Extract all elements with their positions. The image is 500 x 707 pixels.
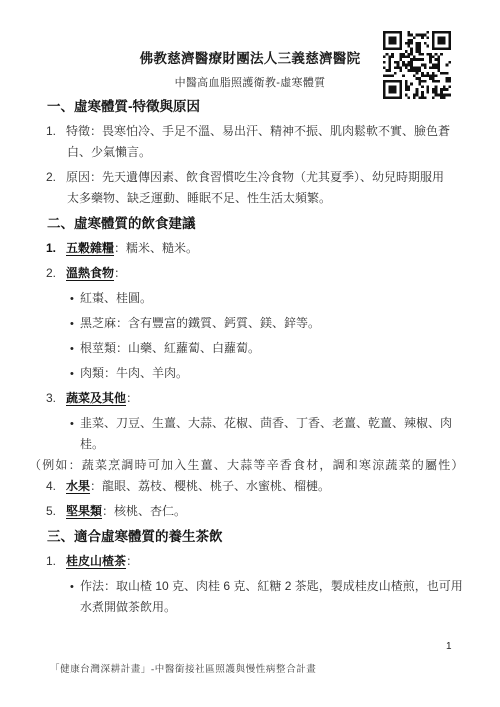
section-heading-text: 二、虛寒體質的飲食建議 <box>47 216 196 231</box>
bullet-icon: • <box>70 339 80 360</box>
doc-line-text: ： <box>114 266 126 280</box>
doc-line-cont: 白、少氣懶言。 <box>0 142 500 163</box>
page-number: 1 <box>446 641 452 652</box>
doc-line-num: 1.桂皮山楂茶： <box>0 551 500 572</box>
doc-line-bullet: •韭菜、刀豆、生薑、大蒜、花椒、茴香、丁香、老薑、乾薑、辣椒、肉 <box>0 413 500 434</box>
section-heading-text: 一、虛寒體質-特徵與原因 <box>47 99 200 114</box>
doc-line-bullet: •黑芝麻：含有豐富的鐵質、鈣質、鎂、鋅等。 <box>0 313 500 334</box>
doc-line-text: 水煮開做茶飲用。 <box>80 600 176 614</box>
list-item-label: 溫熱食物 <box>66 266 114 280</box>
doc-line-text: ：糯米、糙米。 <box>114 241 198 255</box>
doc-line-num: 1.特徵：畏寒怕冷、手足不溫、易出汗、精神不振、肌肉鬆軟不實、臉色蒼 <box>0 121 500 142</box>
bullet-icon: • <box>70 577 80 598</box>
doc-line-text: （例如：蔬菜烹調時可加入生薑、大蒜等辛香食材，調和寒涼蔬菜的屬性） <box>29 458 465 472</box>
qr-code-svg <box>383 31 451 99</box>
list-item-label: 桂皮山楂茶 <box>66 554 126 568</box>
doc-line-heading: 一、虛寒體質-特徵與原因 <box>0 96 500 117</box>
doc-line-bullet-cont: 水煮開做茶飲用。 <box>0 597 500 618</box>
doc-line-text: 白、少氣懶言。 <box>67 145 151 159</box>
list-number: 4. <box>46 476 66 497</box>
doc-line-text: 特徵：畏寒怕冷、手足不溫、易出汗、精神不振、肌肉鬆軟不實、臉色蒼 <box>66 124 450 138</box>
doc-line-text: ： <box>126 554 138 568</box>
doc-line-text: ：核桃、杏仁。 <box>102 504 186 518</box>
list-item-label: 水果 <box>66 479 90 493</box>
list-item-label: 蔬菜及其他 <box>66 391 126 405</box>
doc-line-num: 2.溫熱食物： <box>0 263 500 284</box>
list-number: 2. <box>46 167 66 188</box>
doc-line-bullet: •作法：取山楂 10 克、肉桂 6 克、紅糖 2 茶匙，製成桂皮山楂煎，也可用 <box>0 576 500 597</box>
list-number: 3. <box>46 388 66 409</box>
doc-line-heading: 三、適合虛寒體質的養生茶飲 <box>0 526 500 547</box>
doc-line-text: 桂。 <box>80 437 104 451</box>
doc-line-text: ：龍眼、荔枝、櫻桃、桃子、水蜜桃、榴槤。 <box>90 479 330 493</box>
doc-line-num: 4.水果：龍眼、荔枝、櫻桃、桃子、水蜜桃、榴槤。 <box>0 476 500 497</box>
list-item-label: 堅果類 <box>66 504 102 518</box>
bullet-icon: • <box>70 414 80 435</box>
section-heading-text: 三、適合虛寒體質的養生茶飲 <box>47 529 223 544</box>
doc-line-text: 肉類：牛肉、羊肉。 <box>80 366 188 380</box>
doc-line-num: 5.堅果類：核桃、杏仁。 <box>0 501 500 522</box>
doc-line-text: 太多藥物、缺乏運動、睡眠不足、性生活太頻繁。 <box>67 191 331 205</box>
doc-line-bullet: •肉類：牛肉、羊肉。 <box>0 363 500 384</box>
list-number: 1. <box>46 551 66 572</box>
doc-line-cont: 太多藥物、缺乏運動、睡眠不足、性生活太頻繁。 <box>0 188 500 209</box>
doc-line-text: 原因：先天遺傳因素、飲食習慣吃生冷食物（尤其夏季）、幼兒時期服用 <box>66 170 444 184</box>
doc-line-text: 黑芝麻：含有豐富的鐵質、鈣質、鎂、鋅等。 <box>80 316 320 330</box>
qr-code-icon <box>383 31 451 99</box>
doc-line-text: 紅棗、桂圓。 <box>80 291 152 305</box>
doc-line-note: （例如：蔬菜烹調時可加入生薑、大蒜等辛香食材，調和寒涼蔬菜的屬性） <box>0 455 500 476</box>
list-number: 5. <box>46 501 66 522</box>
doc-line-heading: 二、虛寒體質的飲食建議 <box>0 213 500 234</box>
doc-line-text: 作法：取山楂 10 克、肉桂 6 克、紅糖 2 茶匙，製成桂皮山楂煎，也可用 <box>80 579 463 593</box>
doc-line-num: 2.原因：先天遺傳因素、飲食習慣吃生冷食物（尤其夏季）、幼兒時期服用 <box>0 167 500 188</box>
document-body: 一、虛寒體質-特徵與原因1.特徵：畏寒怕冷、手足不溫、易出汗、精神不振、肌肉鬆軟… <box>0 92 500 618</box>
bullet-icon: • <box>70 289 80 310</box>
doc-line-num: 3.蔬菜及其他： <box>0 388 500 409</box>
doc-line-bullet: •紅棗、桂圓。 <box>0 288 500 309</box>
document-page: 佛教慈濟醫療財團法人三義慈濟醫院 中醫高血脂照護衛教-虛寒體質 一、虛寒體質-特… <box>0 0 500 707</box>
doc-line-bullet-cont: 桂。 <box>0 434 500 455</box>
doc-line-bullet: •根莖類：山藥、紅蘿蔔、白蘿蔔。 <box>0 338 500 359</box>
list-item-label: 五穀雜糧 <box>66 241 114 255</box>
footer-project-note: 「健康台灣深耕計畫」-中醫銜接社區照護與慢性病整合計畫 <box>50 661 316 675</box>
list-number: 2. <box>46 263 66 284</box>
list-number: 1. <box>46 238 66 259</box>
doc-line-text: 根莖類：山藥、紅蘿蔔、白蘿蔔。 <box>80 341 260 355</box>
doc-line-text: ： <box>126 391 138 405</box>
doc-line-text: 韭菜、刀豆、生薑、大蒜、花椒、茴香、丁香、老薑、乾薑、辣椒、肉 <box>80 416 452 430</box>
bullet-icon: • <box>70 364 80 385</box>
list-number: 1. <box>46 121 66 142</box>
bullet-icon: • <box>70 314 80 335</box>
doc-line-num: 1.五穀雜糧：糯米、糙米。 <box>0 238 500 259</box>
